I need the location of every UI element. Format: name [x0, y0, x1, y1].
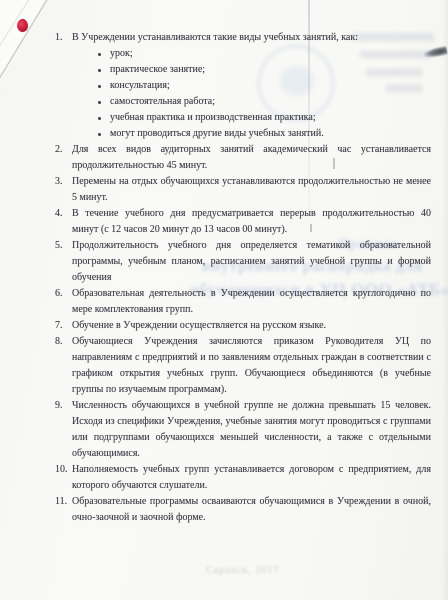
list-item-2: 2. Для всех видов аудиторных занятий ака… — [55, 142, 431, 174]
list-item-4: 4. В течение учебного дня предусматривае… — [55, 206, 431, 238]
bullet-text: самостоятельная работа; — [110, 94, 215, 110]
bullet-dot-icon — [98, 117, 101, 120]
item-text: Перемены на отдых обучающихся устанавлив… — [72, 174, 431, 206]
bullet-dot-icon — [98, 53, 101, 56]
bullet-dot-icon — [98, 101, 101, 104]
bullet-item: консультация; — [72, 78, 431, 94]
item-text: Для всех видов аудиторных занятий академ… — [72, 142, 431, 174]
item-number: 3. — [55, 174, 72, 190]
bullet-text: могут проводиться другие виды учебных за… — [110, 126, 324, 142]
item-number: 10. — [55, 462, 72, 478]
item-text: В течение учебного дня предусматривается… — [72, 206, 431, 238]
list-item-8: 8. Обучающиеся Учреждения зачисляются пр… — [55, 334, 431, 398]
item-text: Обучение в Учреждении осуществляется на … — [72, 318, 431, 334]
list-item-10: 10. Наполняемость учебных групп устанавл… — [55, 462, 431, 494]
item-text: Продолжительность учебного дня определяе… — [72, 238, 431, 286]
item-text: Обучающиеся Учреждения зачисляются прика… — [72, 334, 431, 398]
item-number: 2. — [55, 142, 72, 158]
item-text-wrap: В Учреждении устанавливаются такие виды … — [72, 30, 431, 142]
bullet-item: практическое занятие; — [72, 62, 431, 78]
numbered-list: 1. В Учреждении устанавливаются такие ви… — [55, 30, 431, 526]
list-item-6: 6. Образовательная деятельность в Учрежд… — [55, 286, 431, 318]
list-item-1: 1. В Учреждении устанавливаются такие ви… — [55, 30, 431, 142]
bullet-dot-icon — [98, 85, 101, 88]
item-number: 11. — [55, 494, 72, 510]
bullet-item: урок; — [72, 46, 431, 62]
item-text: В Учреждении устанавливаются такие виды … — [72, 30, 431, 46]
scanned-document-page: Правила внутреннего распорядка для обуча… — [0, 0, 448, 600]
bullet-item: могут проводиться другие виды учебных за… — [72, 126, 431, 142]
bullet-text: учебная практика и производственная прак… — [110, 110, 316, 126]
item-text: Наполняемость учебных групп устанавливае… — [72, 462, 431, 494]
list-item-11: 11. Образовательные программы осваиваютс… — [55, 494, 431, 526]
item-number: 1. — [55, 30, 72, 46]
list-item-9: 9. Численность обучающихся в учебной гру… — [55, 398, 431, 462]
item-number: 9. — [55, 398, 72, 414]
bullet-text: урок; — [110, 46, 133, 62]
footer-bleedthrough: Саранск, 2017 — [206, 565, 279, 576]
bullet-list: урок; практическое занятие; консультация… — [72, 46, 431, 142]
bullet-item: самостоятельная работа; — [72, 94, 431, 110]
list-item-5: 5. Продолжительность учебного дня опреде… — [55, 238, 431, 286]
bullet-dot-icon — [98, 69, 101, 72]
bullet-dot-icon — [98, 133, 101, 136]
bullet-text: консультация; — [110, 78, 170, 94]
item-text: Образовательные программы осваиваются об… — [72, 494, 431, 526]
list-item-7: 7. Обучение в Учреждении осуществляется … — [55, 318, 431, 334]
scan-edge-shadow — [442, 0, 448, 600]
item-text: Численность обучающихся в учебной группе… — [72, 398, 431, 462]
item-number: 7. — [55, 318, 72, 334]
item-number: 4. — [55, 206, 72, 222]
item-text: Образовательная деятельность в Учреждени… — [72, 286, 431, 318]
bullet-text: практическое занятие; — [110, 62, 205, 78]
item-number: 6. — [55, 286, 72, 302]
bullet-item: учебная практика и производственная прак… — [72, 110, 431, 126]
list-item-3: 3. Перемены на отдых обучающихся устанав… — [55, 174, 431, 206]
item-number: 5. — [55, 238, 72, 254]
item-number: 8. — [55, 334, 72, 350]
